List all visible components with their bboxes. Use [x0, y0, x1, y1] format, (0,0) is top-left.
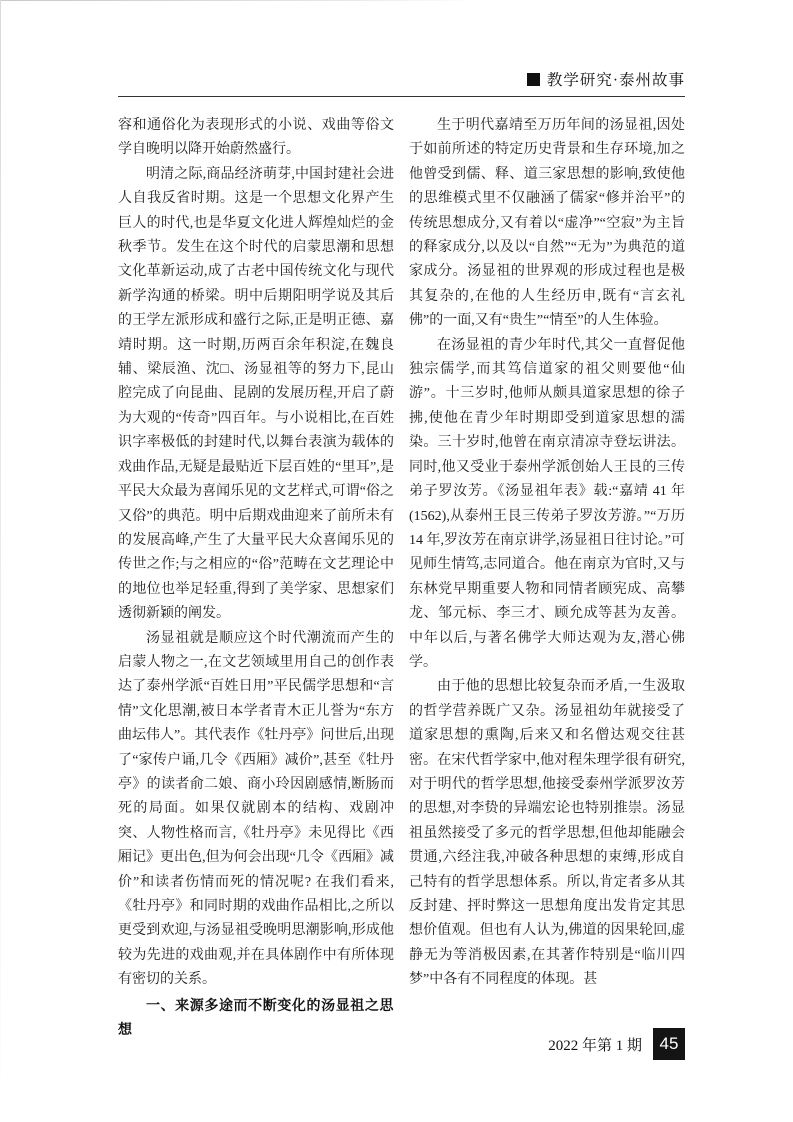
two-column-body: 容和通俗化为表现形式的小说、戏曲等俗文学自晚明以降开始蔚然盛行。 明清之际,商品…	[118, 114, 685, 1041]
scan-edge-top	[0, 0, 476, 1]
issue-label: 2022 年第 1 期	[548, 1034, 642, 1055]
text-column-right: 生于明代嘉靖至万历年间的汤显祖,因处于如前所述的特定历史背景和生存环境,加之他曾…	[409, 114, 685, 1041]
scan-edge-left	[0, 0, 1, 1122]
paragraph: 汤显祖就是顺应这个时代潮流而产生的启蒙人物之一,在文艺领域里用自己的创作表达了泰…	[118, 627, 394, 993]
paragraph: 在汤显祖的青少年时代,其父一直督促他独宗儒学,而其笃信道家的祖父则要他“仙游”。…	[409, 334, 685, 676]
page-footer: 2022 年第 1 期 45	[118, 1028, 685, 1060]
text-column-left: 容和通俗化为表现形式的小说、戏曲等俗文学自晚明以降开始蔚然盛行。 明清之际,商品…	[118, 114, 394, 1041]
section-title: 教学研究·泰州故事	[547, 72, 685, 89]
page-number: 45	[660, 1034, 679, 1054]
page-header: 教学研究·泰州故事	[118, 68, 685, 90]
journal-page: 教学研究·泰州故事 容和通俗化为表现形式的小说、戏曲等俗文学自晚明以降开始蔚然盛…	[0, 0, 793, 1122]
paragraph: 由于他的思想比较复杂而矛盾,一生汲取的哲学营养既广又杂。汤显祖幼年就接受了道家思…	[409, 675, 685, 992]
section-marker-icon	[527, 73, 540, 86]
header-divider	[118, 96, 685, 97]
paragraph: 容和通俗化为表现形式的小说、戏曲等俗文学自晚明以降开始蔚然盛行。	[118, 114, 394, 163]
paragraph: 生于明代嘉靖至万历年间的汤显祖,因处于如前所述的特定历史背景和生存环境,加之他曾…	[409, 114, 685, 334]
paragraph: 明清之际,商品经济萌芽,中国封建社会进人自我反省时期。这是一个思想文化界产生巨人…	[118, 163, 394, 627]
page-number-badge: 45	[653, 1028, 685, 1060]
